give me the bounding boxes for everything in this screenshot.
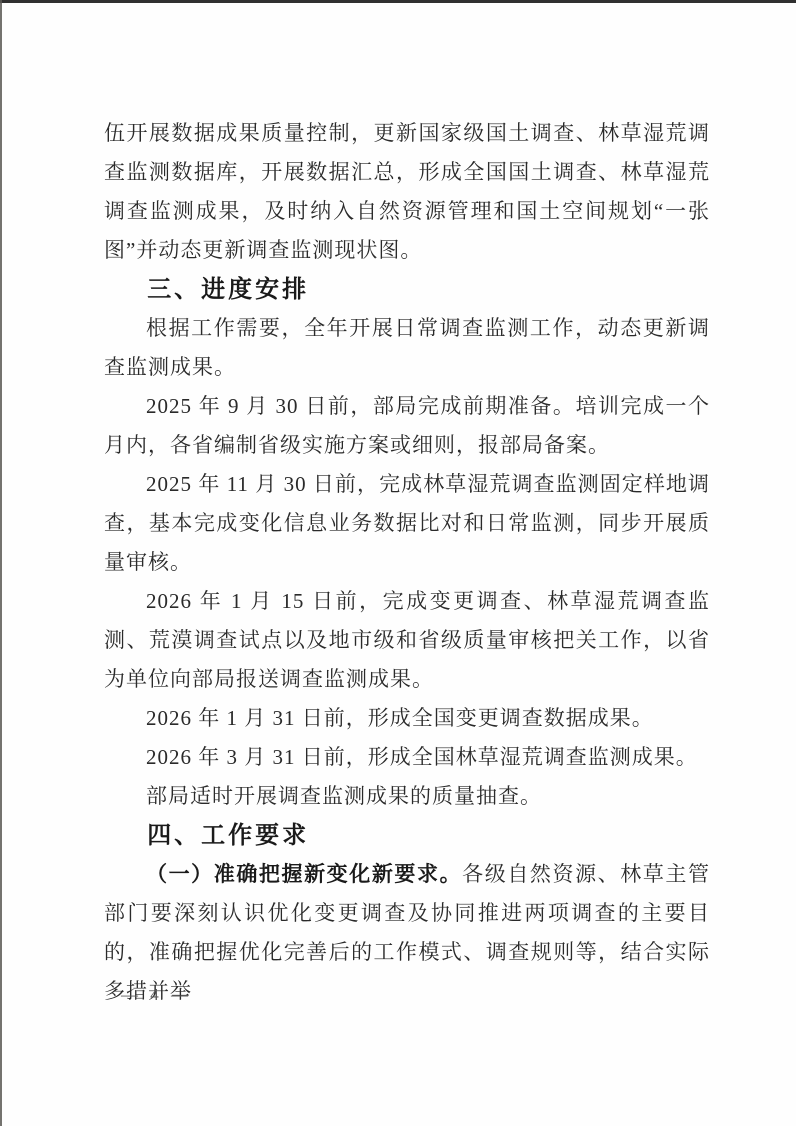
scan-edge-top-artifact [0, 0, 796, 3]
paragraph-quality-spot-check: 部局适时开展调查监测成果的质量抽查。 [104, 777, 710, 816]
section-heading-progress-schedule: 三、进度安排 [104, 270, 710, 309]
paragraph-requirement-item1: （一）准确把握新变化新要求。各级自然资源、林草主管部门要深刻认识优化变更调查及协… [104, 855, 710, 1011]
document-page: 伍开展数据成果质量控制，更新国家级国土调查、林草湿荒调查监测数据库，开展数据汇总… [0, 0, 796, 1126]
paragraph-deadline-2026-03-31: 2026 年 3 月 31 日前，形成全国林草湿荒调查监测成果。 [104, 738, 710, 777]
requirement-item1-lead: （一）准确把握新变化新要求。 [146, 862, 462, 886]
section-heading-work-requirements: 四、工作要求 [104, 816, 710, 855]
paragraph-deadline-2025-09-30: 2025 年 9 月 30 日前，部局完成前期准备。培训完成一个月内，各省编制省… [104, 387, 710, 465]
paragraph-deadline-2025-11-30: 2025 年 11 月 30 日前，完成林草湿荒调查监测固定样地调查，基本完成变… [104, 465, 710, 582]
page-number: — 4 — [121, 985, 192, 1005]
paragraph-deadline-2026-01-31: 2026 年 1 月 31 日前，形成全国变更调查数据成果。 [104, 699, 710, 738]
paragraph-continued-from-previous-page: 伍开展数据成果质量控制，更新国家级国土调查、林草湿荒调查监测数据库，开展数据汇总… [104, 114, 710, 270]
paragraph-deadline-2026-01-15: 2026 年 1 月 15 日前，完成变更调查、林草湿荒调查监测、荒漠调查试点以… [104, 582, 710, 699]
scan-edge-left-artifact [0, 0, 2, 1126]
document-body: 伍开展数据成果质量控制，更新国家级国土调查、林草湿荒调查监测数据库，开展数据汇总… [104, 114, 710, 1011]
paragraph-progress-overview: 根据工作需要，全年开展日常调查监测工作，动态更新调查监测成果。 [104, 309, 710, 387]
